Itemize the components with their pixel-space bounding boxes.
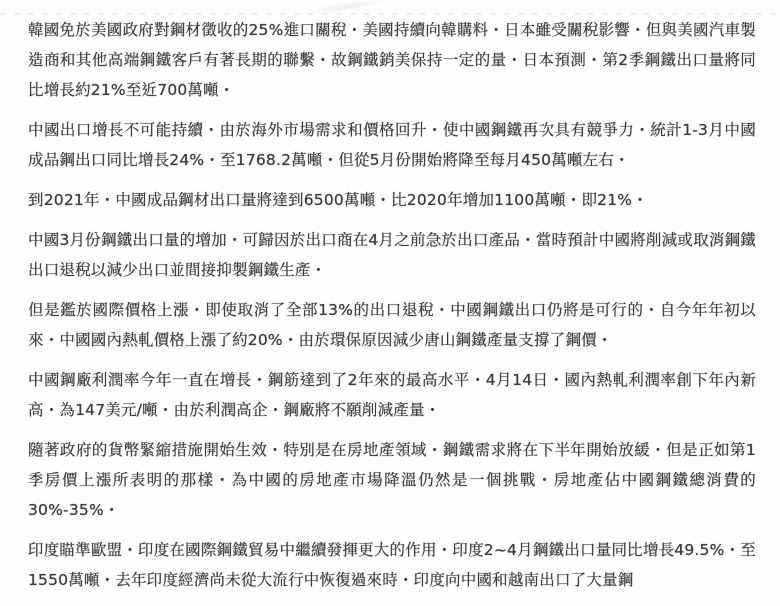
paragraph-china-export-growth: 中國出口增長不可能持續・由於海外市場需求和價格回升・使中國鋼鐵再次具有競爭力・統…	[28, 115, 756, 175]
paragraph-steel-mill-margins: 中國鋼廠利潤率今年一直在增長・鋼筋達到了2年來的最高水平・4月14日・國內熱軋利…	[28, 365, 756, 425]
paragraph-korea-us-tariff: 韓國免於美國政府對鋼材徵收的25%進口關稅・美國持續向韓購料・日本雖受關稅影響・…	[28, 15, 756, 105]
document-page: 韓國免於美國政府對鋼材徵收的25%進口關稅・美國持續向韓購料・日本雖受關稅影響・…	[0, 0, 780, 606]
paragraph-export-rebate-price-rise: 但是鑑於國際價格上漲・即使取消了全部13%的出口退稅・中國鋼鐵出口仍將是可行的・…	[28, 295, 756, 355]
paragraph-monetary-tightening-property: 隨著政府的貨幣緊縮措施開始生效・特別是在房地產領域・鋼鐵需求將在下半年開始放緩・…	[28, 435, 756, 525]
paragraph-2021-export-volume: 到2021年・中國成品鋼材出口量將達到6500萬噸・比2020年增加1100萬噸…	[28, 185, 756, 215]
paragraph-march-export-increase: 中國3月份鋼鐵出口量的增加・可歸因於出口商在4月之前急於出口產品・當時預計中國將…	[28, 225, 756, 285]
paragraph-india-eu-exports: 印度瞄準歐盟・印度在國際鋼鐵貿易中繼續發揮更大的作用・印度2~4月鋼鐵出口量同比…	[28, 535, 756, 595]
